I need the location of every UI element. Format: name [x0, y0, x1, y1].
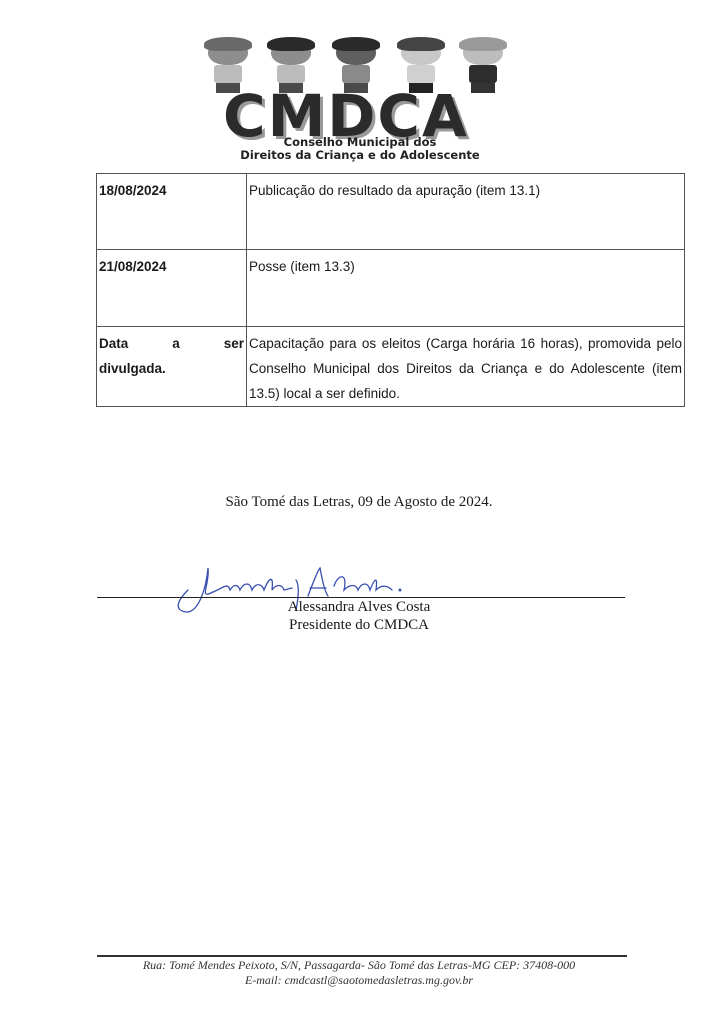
- table-row: 21/08/2024 Posse (item 13.3): [97, 250, 685, 327]
- description-cell: Capacitação para os eleitos (Carga horár…: [247, 327, 685, 407]
- date-cell: 21/08/2024: [97, 250, 247, 327]
- date-cell: 18/08/2024: [97, 174, 247, 250]
- org-name-line1: Conselho Municipal dos: [195, 135, 525, 149]
- org-name-line2: Direitos da Criança e do Adolescente: [195, 148, 525, 162]
- table-row: 18/08/2024 Publicação do resultado da ap…: [97, 174, 685, 250]
- date-cell: Data a ser divulgada.: [97, 327, 247, 407]
- date-word: Data: [99, 331, 128, 356]
- place-and-date: São Tomé das Letras, 09 de Agosto de 202…: [0, 494, 718, 511]
- date-word: divulgada.: [99, 356, 244, 381]
- date-word: ser: [224, 331, 244, 356]
- footer-email: E-mail: cmdcastl@saotomedasletras.mg.gov…: [0, 973, 718, 988]
- description-cell: Publicação do resultado da apuração (ite…: [247, 174, 685, 250]
- footer-address: Rua: Tomé Mendes Peixoto, S/N, Passagard…: [0, 958, 718, 973]
- schedule-table: 18/08/2024 Publicação do resultado da ap…: [96, 173, 685, 407]
- cmdca-logo: CMDCA Conselho Municipal dos Direitos da…: [195, 35, 525, 165]
- signer-block: Alessandra Alves Costa Presidente do CMD…: [0, 598, 718, 634]
- table-row: Data a ser divulgada. Capacitação para o…: [97, 327, 685, 407]
- date-word: a: [172, 331, 180, 356]
- footer-divider: [97, 955, 627, 957]
- signer-role: Presidente do CMDCA: [0, 616, 718, 634]
- footer: Rua: Tomé Mendes Peixoto, S/N, Passagard…: [0, 958, 718, 988]
- description-cell: Posse (item 13.3): [247, 250, 685, 327]
- signer-name: Alessandra Alves Costa: [0, 598, 718, 616]
